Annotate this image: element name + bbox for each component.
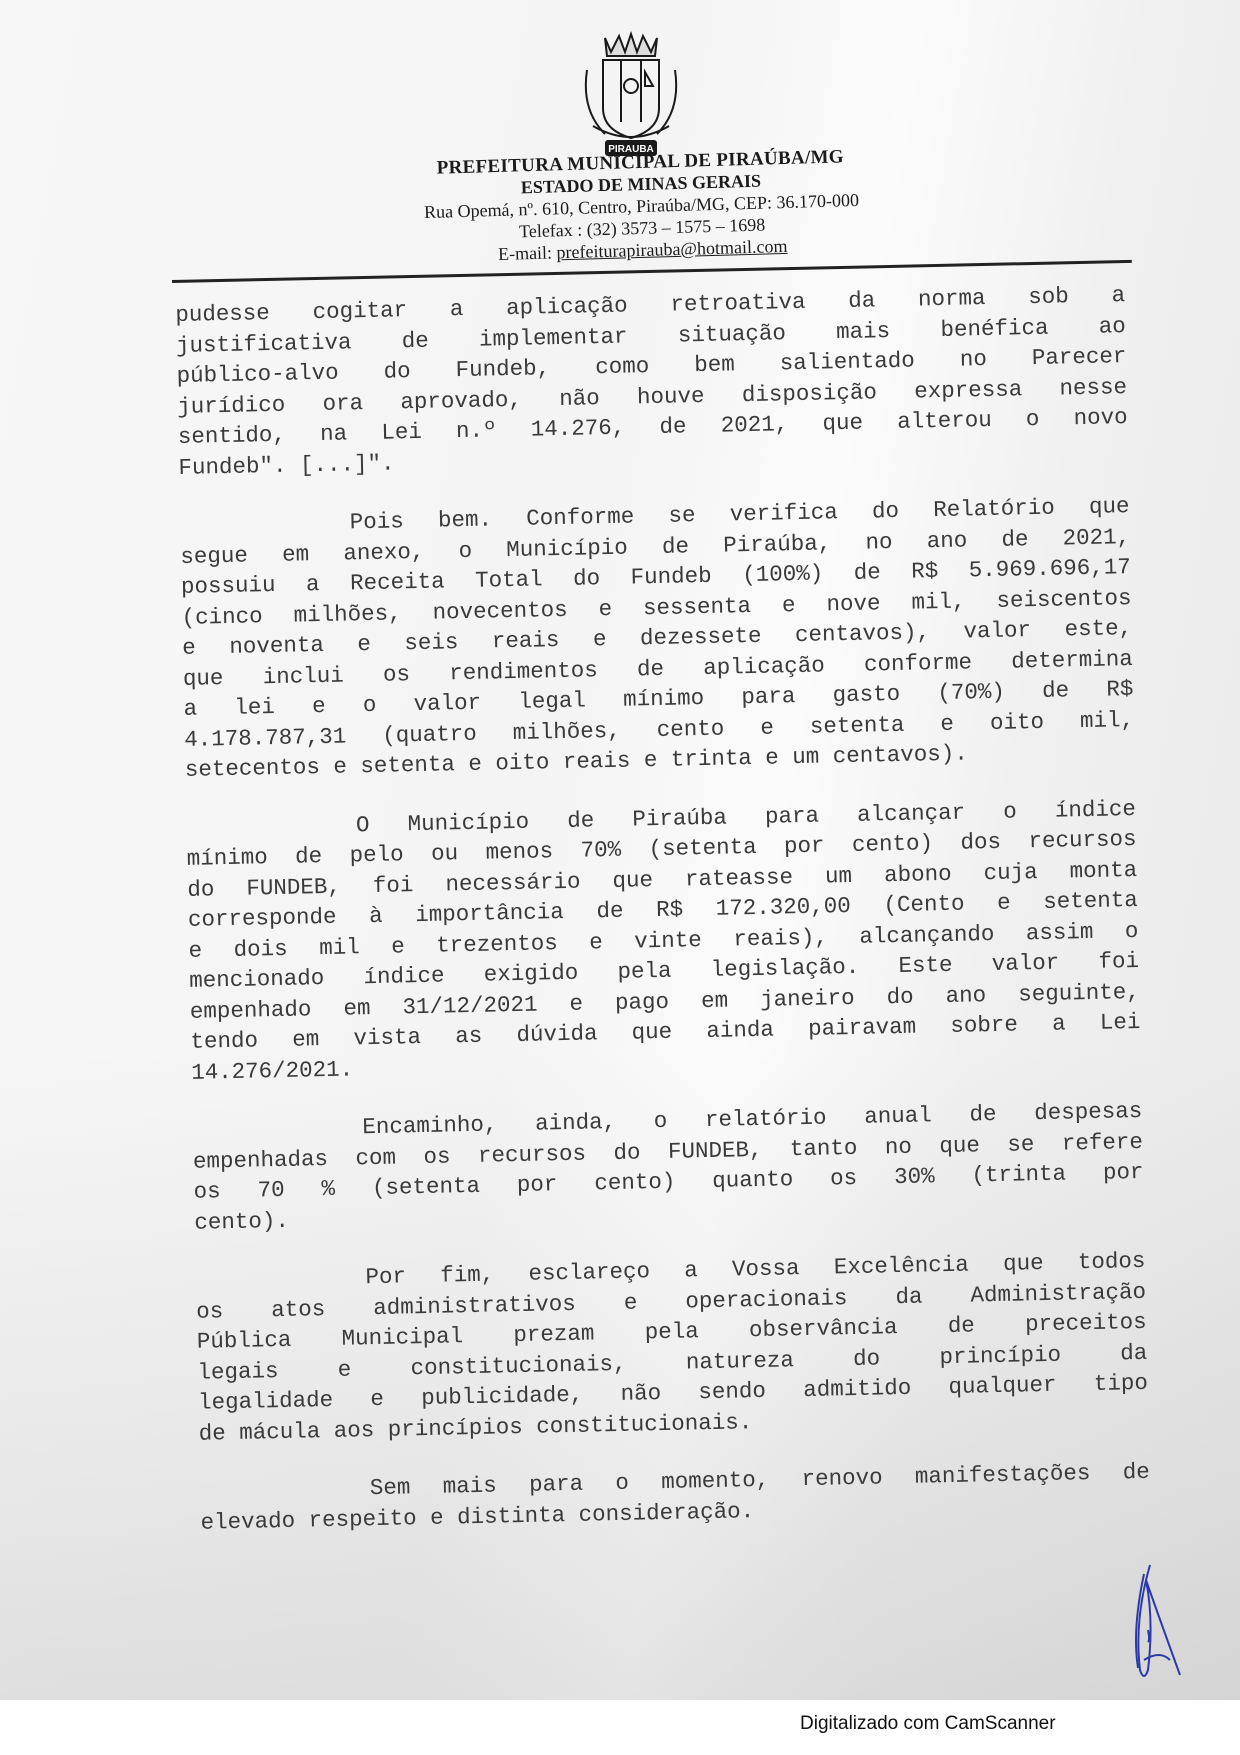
email-link[interactable]: prefeiturapirauba@hotmail.com xyxy=(556,236,787,262)
paragraph: Sem mais para o momento, renovo manifest… xyxy=(200,1457,1151,1538)
paragraph: Pois bem. Conforme se verifica do Relató… xyxy=(179,491,1135,785)
handwritten-signature-icon xyxy=(1120,1560,1200,1690)
letterhead: PREFEITURA MUNICIPAL DE PIRAÚBA/MG ESTAD… xyxy=(300,143,983,271)
letter-body: pudesse cogitar a aplicação retroativa d… xyxy=(175,280,1151,1566)
email-label: E-mail: xyxy=(498,242,557,264)
scanned-page: PIRAUBA PREFEITURA MUNICIPAL DE PIRAÚBA/… xyxy=(0,0,1240,1700)
paragraph: Encaminho, ainda, o relatório anual de d… xyxy=(192,1096,1144,1238)
paragraph: pudesse cogitar a aplicação retroativa d… xyxy=(175,280,1129,483)
paragraph: O Município de Piraúba para alcançar o í… xyxy=(186,793,1142,1087)
municipal-crest-icon: PIRAUBA xyxy=(575,30,687,160)
camscanner-watermark: Digitalizado com CamScanner xyxy=(800,1713,1056,1735)
paragraph: Por fim, esclareço a Vossa Excelência qu… xyxy=(195,1246,1149,1449)
